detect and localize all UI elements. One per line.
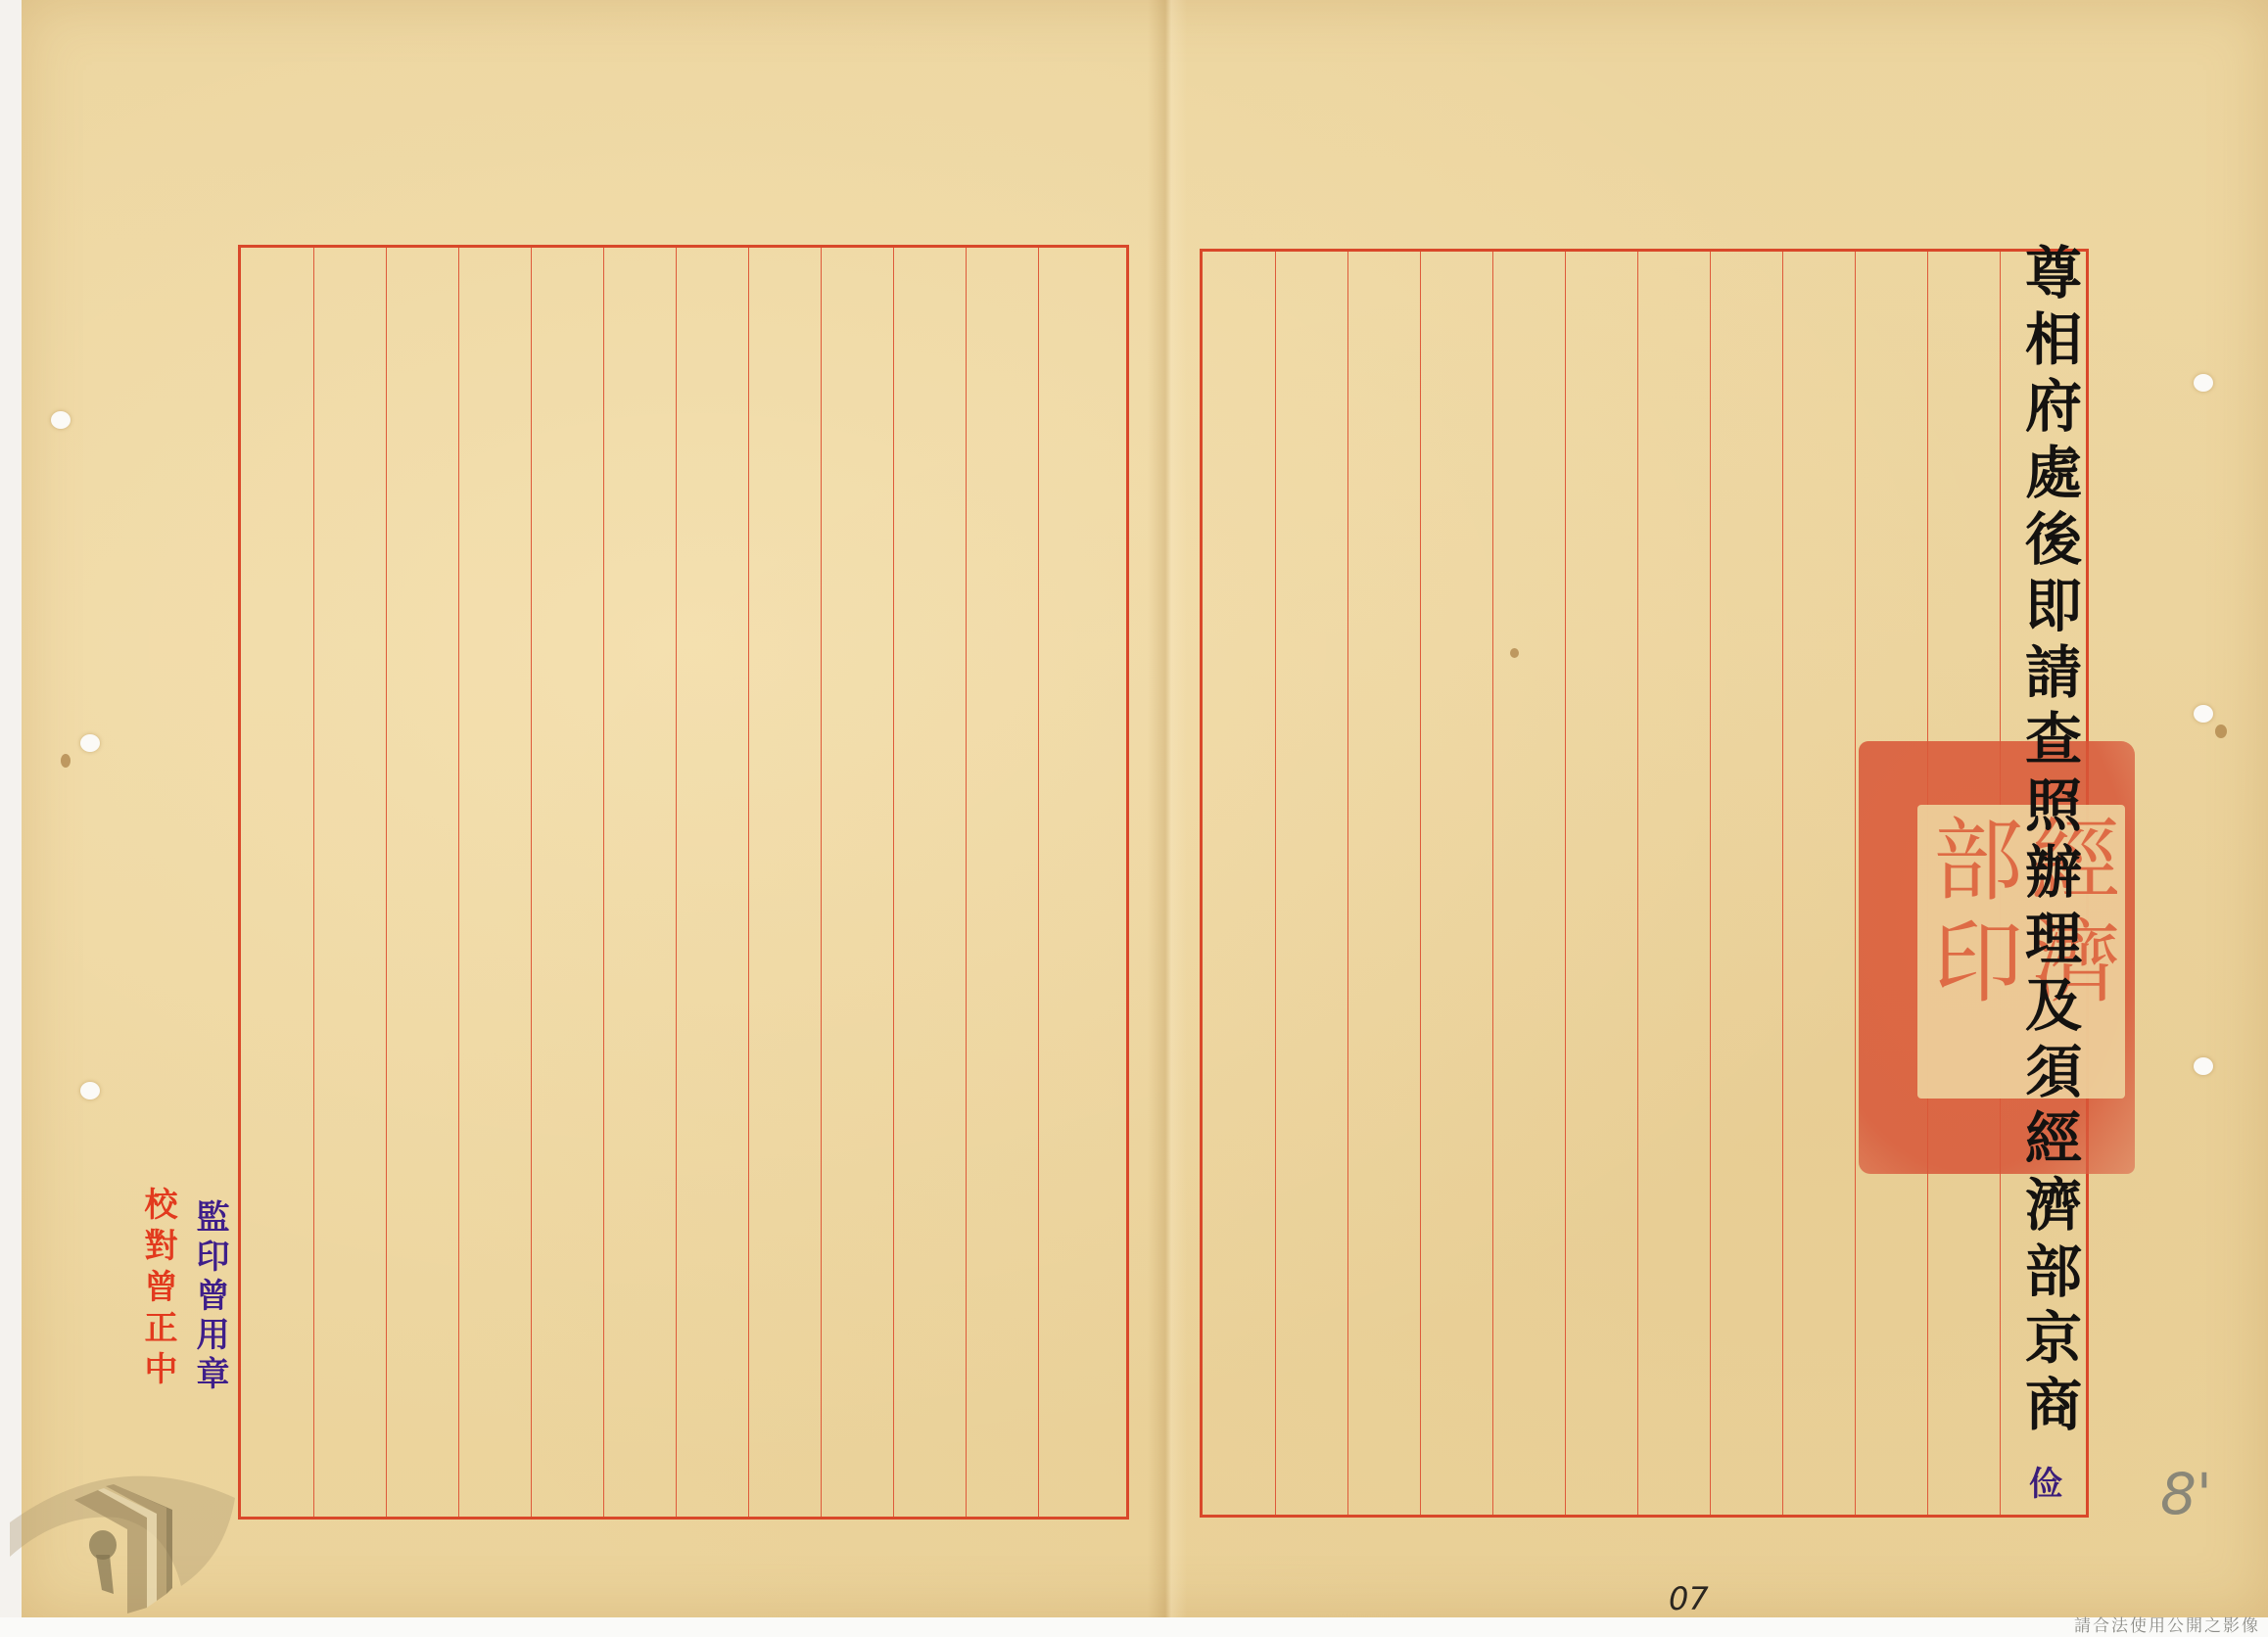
grid-rule xyxy=(313,248,314,1517)
grid-rule xyxy=(1038,248,1039,1517)
grid-rule xyxy=(1855,252,1856,1515)
grid-rule xyxy=(676,248,677,1517)
grid-rule xyxy=(821,248,822,1517)
punch-hole-right-middle xyxy=(2194,705,2213,723)
center-fold xyxy=(1148,0,1187,1617)
stamp-proofread-red: 校對曾正中 xyxy=(135,1187,180,1392)
grid-rule xyxy=(1637,252,1638,1515)
stain-mark xyxy=(2215,725,2227,738)
punch-hole-left-middle xyxy=(80,734,100,752)
punch-hole-left-lower xyxy=(80,1082,100,1099)
pencil-page-number: 8' xyxy=(2160,1461,2212,1527)
paper-sheet: 經濟部印 尊相府處後即請查照辦理及須經濟部京商 俭 監印曾用章 校對曾正中 8'… xyxy=(22,0,2268,1617)
document-scan: 經濟部印 尊相府處後即請查照辦理及須經濟部京商 俭 監印曾用章 校對曾正中 8'… xyxy=(0,0,2268,1637)
grid-rule xyxy=(748,248,749,1517)
grid-rule xyxy=(458,248,459,1517)
grid-rule xyxy=(531,248,532,1517)
ink-number-bottom: 07 xyxy=(1669,1580,1709,1617)
book-keyhole-archive-icon xyxy=(0,1439,245,1615)
punch-hole-left-top xyxy=(51,411,71,429)
punch-hole-right-lower xyxy=(2194,1057,2213,1075)
footer-bar xyxy=(0,1617,2268,1637)
punch-hole-right-top xyxy=(2194,374,2213,392)
grid-rule xyxy=(1347,252,1348,1515)
grid-rule xyxy=(1710,252,1711,1515)
stain-mark xyxy=(61,754,71,768)
grid-rule xyxy=(1565,252,1566,1515)
left-page-frame xyxy=(238,245,1129,1520)
usage-notice: 請合法使用公開之影像 xyxy=(2074,1615,2260,1637)
grid-rule xyxy=(1420,252,1421,1515)
official-red-seal: 經濟部印 xyxy=(1859,741,2135,1174)
grid-rule xyxy=(386,248,387,1517)
grid-rule xyxy=(603,248,604,1517)
stamp-seal-usage-purple: 監印曾用章 xyxy=(189,1199,230,1395)
purple-signature-mark: 俭 xyxy=(2029,1457,2062,1505)
grid-rule xyxy=(1275,252,1276,1515)
grid-rule xyxy=(893,248,894,1517)
grid-rule xyxy=(966,248,967,1517)
grid-rule xyxy=(1782,252,1783,1515)
grid-rule xyxy=(1492,252,1493,1515)
handwritten-text-line: 尊相府處後即請查照辦理及須經濟部京商 xyxy=(2009,243,2088,1441)
